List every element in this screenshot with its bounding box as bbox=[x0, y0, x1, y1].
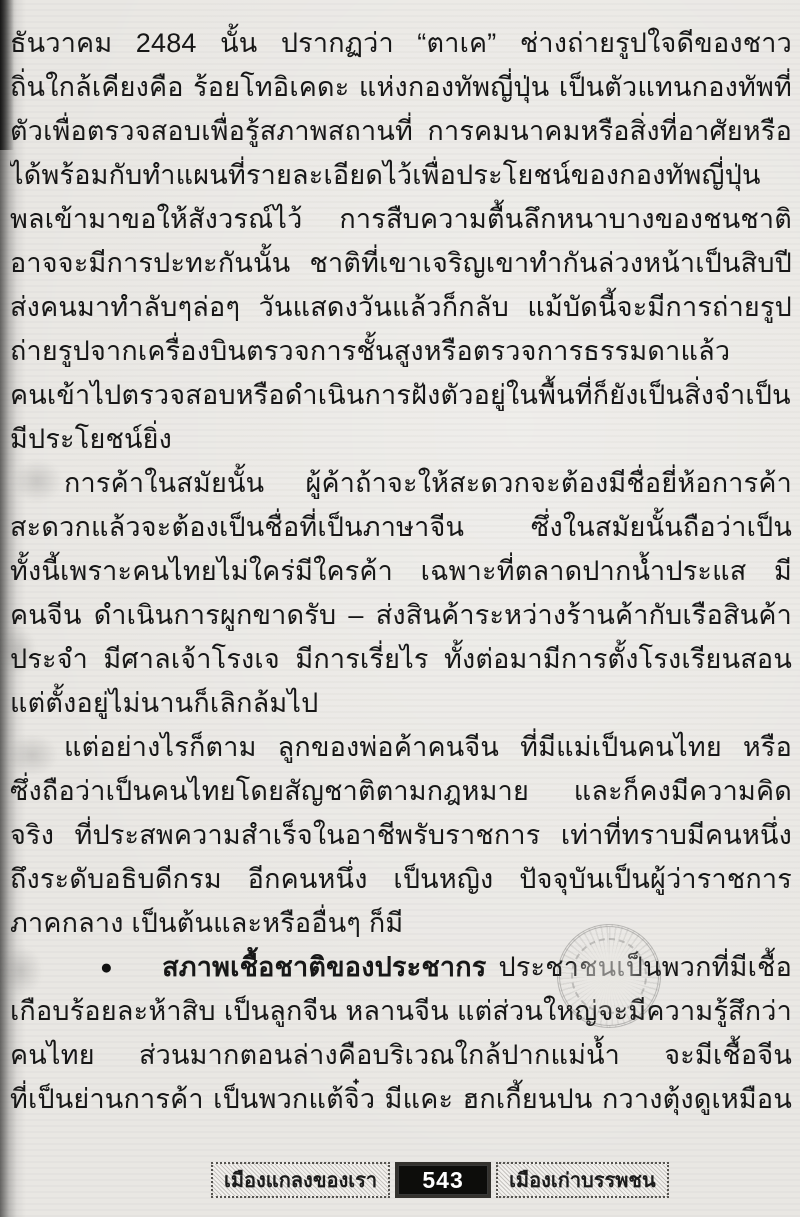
text-line: จริง ที่ประสพความสำเร็จในอาชีพรับราชการ … bbox=[10, 813, 792, 857]
text-line: ได้พร้อมกับทำแผนที่รายละเอียดไว้เพื่อประ… bbox=[10, 153, 792, 197]
scanned-book-page: { "document": { "lines": [ { "text": "ธั… bbox=[0, 0, 800, 1217]
paragraph-start-line: การค้าในสมัยนั้น ผู้ค้าถ้าจะให้สะดวกจะต้… bbox=[10, 461, 792, 505]
text-line: ที่เป็นย่านการค้า เป็นพวกแต้จิ๋ว มีแคะ ฮ… bbox=[10, 1077, 792, 1121]
text-line: สะดวกแล้วจะต้องเป็นชื่อที่เป็นภาษาจีน ซึ… bbox=[10, 505, 792, 549]
paragraph-end-line: ภาคกลาง เป็นต้นและหรืออื่นๆ ก็มี bbox=[10, 901, 792, 945]
text-line: ธันวาคม 2484 นั้น ปรากฏว่า “ตาเค” ช่างถ่… bbox=[10, 21, 792, 65]
text-line: อาจจะมีการปะทะกันนั้น ชาติที่เขาเจริญเขา… bbox=[10, 241, 792, 285]
section-heading-line: ●สภาพเชื้อชาติของประชากรประชาชนเป็นพวกที… bbox=[10, 945, 792, 989]
footer-left-label: เมืองแกลงของเรา bbox=[211, 1162, 390, 1198]
text-line: เกือบร้อยละห้าสิบ เป็นลูกจีน หลานจีน แต่… bbox=[10, 989, 792, 1033]
paragraph-end-line: มีประโยชน์ยิ่ง bbox=[10, 417, 792, 461]
page-text-block: ธันวาคม 2484 นั้น ปรากฏว่า “ตาเค” ช่างถ่… bbox=[10, 21, 792, 1121]
text-line: ซึ่งถือว่าเป็นคนไทยโดยสัญชาติตามกฎหมาย แ… bbox=[10, 769, 792, 813]
paragraph-start-line: แต่อย่างไรก็ตาม ลูกของพ่อค้าคนจีน ที่มีแ… bbox=[10, 725, 792, 769]
text-line: ส่งคนมาทำลับๆล่อๆ วันแสดงวันแล้วก็กลับ แ… bbox=[10, 285, 792, 329]
page-footer: เมืองแกลงของเรา 543 เมืองเก่าบรรพชน bbox=[211, 1162, 669, 1198]
text-line: ถึงระดับอธิบดีกรม อีกคนหนึ่ง เป็นหญิง ปั… bbox=[10, 857, 792, 901]
footer-right-label: เมืองเก่าบรรพชน bbox=[496, 1162, 669, 1198]
section-heading: สภาพเชื้อชาติของประชากร bbox=[162, 952, 486, 982]
text-line: คนเข้าไปตรวจสอบหรือดำเนินการฝังตัวอยู่ใน… bbox=[10, 373, 792, 417]
text-line: พลเข้ามาขอให้สังวรณ์ไว้ การสืบความตื้นลึ… bbox=[10, 197, 792, 241]
text-line: ตัวเพื่อตรวจสอบเพื่อรู้สภาพสถานที่ การคม… bbox=[10, 109, 792, 153]
page-number-badge: 543 bbox=[395, 1162, 491, 1198]
text-line: คนจีน ดำเนินการผูกขาดรับ – ส่งสินค้าระหว… bbox=[10, 593, 792, 637]
paragraph-end-line: แต่ตั้งอยู่ไม่นานก็เลิกล้มไป bbox=[10, 681, 792, 725]
text-line: ถิ่นใกล้เคียงคือ ร้อยโทอิเคดะ แห่งกองทัพ… bbox=[10, 65, 792, 109]
text-line: คนไทย ส่วนมากตอนล่างคือบริเวณใกล้ปากแม่น… bbox=[10, 1033, 792, 1077]
bullet-icon: ● bbox=[100, 956, 152, 979]
text-line: ทั้งนี้เพราะคนไทยไม่ใคร่มีใครค้า เฉพาะที… bbox=[10, 549, 792, 593]
text-line: ประจำ มีศาลเจ้าโรงเจ มีการเรี่ยไร ทั้งต่… bbox=[10, 637, 792, 681]
text-line: ถ่ายรูปจากเครื่องบินตรวจการชั้นสูงหรือตร… bbox=[10, 329, 792, 373]
